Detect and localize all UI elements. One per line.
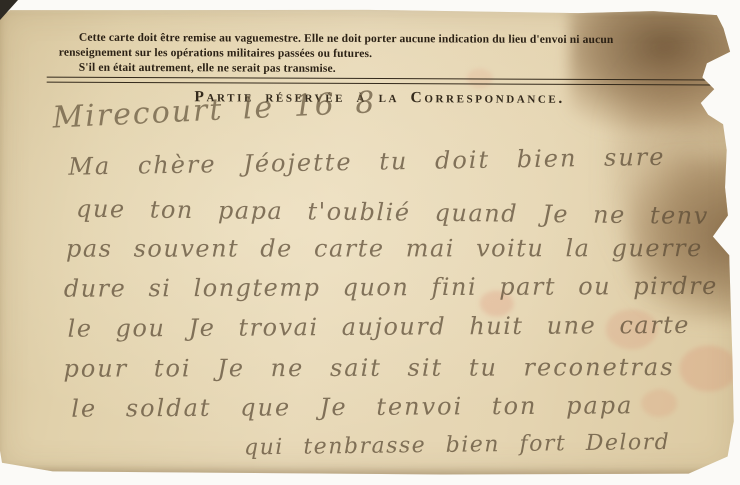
handwritten-line: pour toi Je ne sait sit tu reconetras: [63, 353, 674, 383]
handwritten-line: le soldat que Je tenvoi ton papa: [71, 391, 633, 422]
postcard: Cette carte doit être remise au vaguemes…: [0, 6, 740, 477]
faded-red-postmark: [641, 389, 677, 417]
handwritten-line: dure si longtemp quon fini part ou pirdr…: [64, 272, 718, 303]
printed-notice: Cette carte doit être remise au vaguemes…: [59, 31, 719, 79]
handwritten-line: pas souvent de carte mai voitu la guerre: [66, 234, 703, 263]
notice-line: S'il en était autrement, elle ne serait …: [59, 61, 719, 79]
handwritten-line: le gou Je trovai aujourd huit une carte: [68, 311, 691, 343]
handwritten-signature-line: qui tenbrasse bien fort Delord: [244, 430, 670, 461]
faded-red-postmark: [679, 345, 737, 391]
handwritten-line: que ton papa t'oublié quand Je ne tenv: [76, 195, 709, 230]
handwritten-line: Ma chère Jéojette tu doit bien sure: [68, 143, 666, 181]
